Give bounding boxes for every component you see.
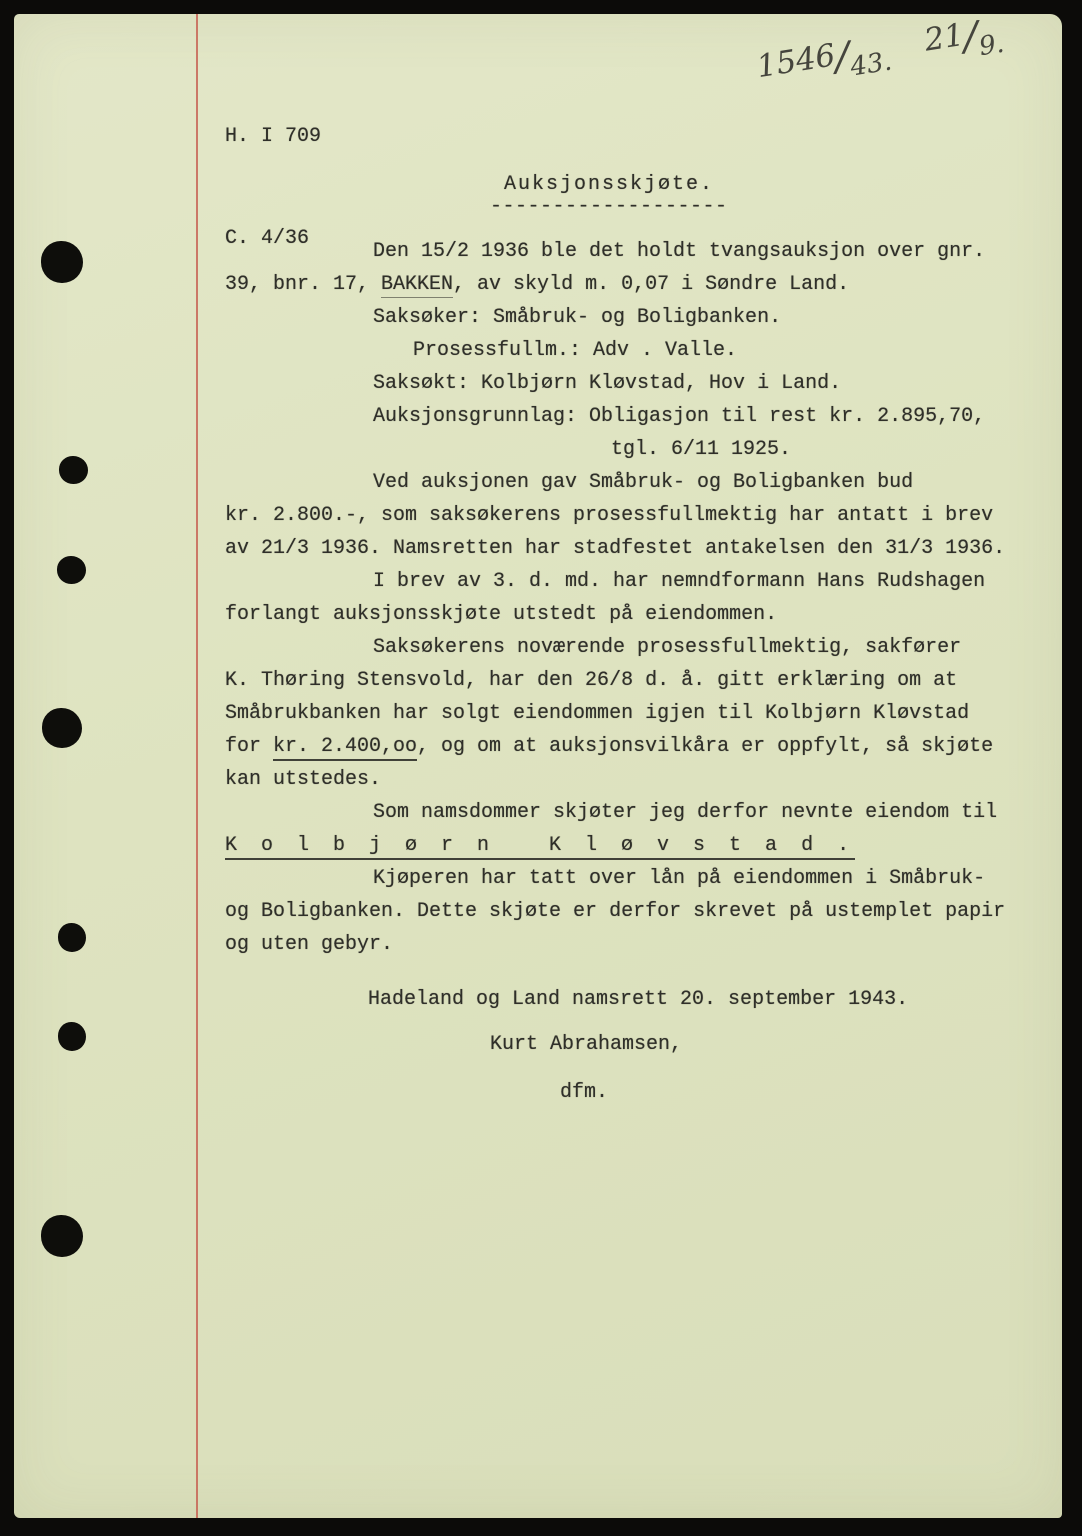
court-and-date-line: Hadeland og Land namsrett 20. september … <box>368 988 908 1011</box>
body-line: av 21/3 1936. Namsretten har stadfestet … <box>225 537 1045 570</box>
journal-date: 21/9. <box>922 11 1004 59</box>
journal-number: 1546/43. <box>754 29 892 85</box>
body-line: Kjøperen har tatt over lån på eiendommen… <box>225 867 1045 900</box>
body-line: Som namsdommer skjøter jeg derfor nevnte… <box>225 801 1045 834</box>
punch-hole <box>58 923 86 952</box>
body-line: kan utstedes. <box>225 768 1045 801</box>
body-line: tgl. 6/11 1925. <box>225 438 1045 471</box>
body-text: Den 15/2 1936 ble det holdt tvangsauksjo… <box>225 240 1045 966</box>
title-underline: ------------------- <box>490 196 728 218</box>
body-line: Den 15/2 1936 ble det holdt tvangsauksjo… <box>225 240 1045 273</box>
body-line: forlangt auksjonsskjøte utstedt på eiend… <box>225 603 1045 636</box>
punch-hole <box>42 708 82 748</box>
reference-line-1: H. I 709 <box>225 120 321 154</box>
document-title: Auksjonsskjøte. <box>504 174 728 196</box>
fraction-slash: / <box>834 34 850 81</box>
body-line: for kr. 2.400,oo, og om at auksjonsvilkå… <box>225 735 1045 768</box>
punch-hole <box>41 1215 83 1257</box>
body-line: I brev av 3. d. md. har nemndformann Han… <box>225 570 1045 603</box>
signature-role: dfm. <box>560 1081 608 1104</box>
body-line: Ved auksjonen gav Småbruk- og Boligbanke… <box>225 471 1045 504</box>
punch-hole <box>41 241 83 283</box>
body-line: kr. 2.800.-, som saksøkerens prosessfull… <box>225 504 1045 537</box>
journal-annotation: 1546/43.21/9. <box>754 9 1006 93</box>
body-line: Saksøker: Småbruk- og Boligbanken. <box>225 306 1045 339</box>
body-line: 39, bnr. 17, BAKKEN, av skyld m. 0,07 i … <box>225 273 1045 306</box>
underlined-amount: kr. 2.400,oo <box>273 735 417 761</box>
body-line: og Boligbanken. Dette skjøte er derfor s… <box>225 900 1045 933</box>
underlined-text: BAKKEN <box>381 273 453 298</box>
scan-background: H. I 709 C. 4/36 1546/43.21/9. Auksjonss… <box>0 0 1082 1536</box>
punch-hole <box>58 1022 86 1051</box>
underlined-name: K o l b j ø r n K l ø v s t a d . <box>225 834 855 860</box>
title-block: Auksjonsskjøte. ------------------- <box>490 174 728 218</box>
body-line: og uten gebyr. <box>225 933 1045 966</box>
margin-line <box>196 14 198 1518</box>
signature-name: Kurt Abrahamsen, <box>490 1033 682 1056</box>
body-line: Saksøkt: Kolbjørn Kløvstad, Hov i Land. <box>225 372 1045 405</box>
punch-hole <box>59 456 88 484</box>
body-line: Saksøkerens noværende prosessfullmektig,… <box>225 636 1045 669</box>
punch-hole <box>57 556 86 584</box>
body-line-grantee-name: K o l b j ø r n K l ø v s t a d . <box>225 834 1045 867</box>
fraction-slash: / <box>963 13 979 60</box>
body-line: K. Thøring Stensvold, har den 26/8 d. å.… <box>225 669 1045 702</box>
document-page: H. I 709 C. 4/36 1546/43.21/9. Auksjonss… <box>14 14 1062 1518</box>
body-line: Auksjonsgrunnlag: Obligasjon til rest kr… <box>225 405 1045 438</box>
body-line: Prosessfullm.: Adv . Valle. <box>225 339 1045 372</box>
body-line: Småbrukbanken har solgt eiendommen igjen… <box>225 702 1045 735</box>
